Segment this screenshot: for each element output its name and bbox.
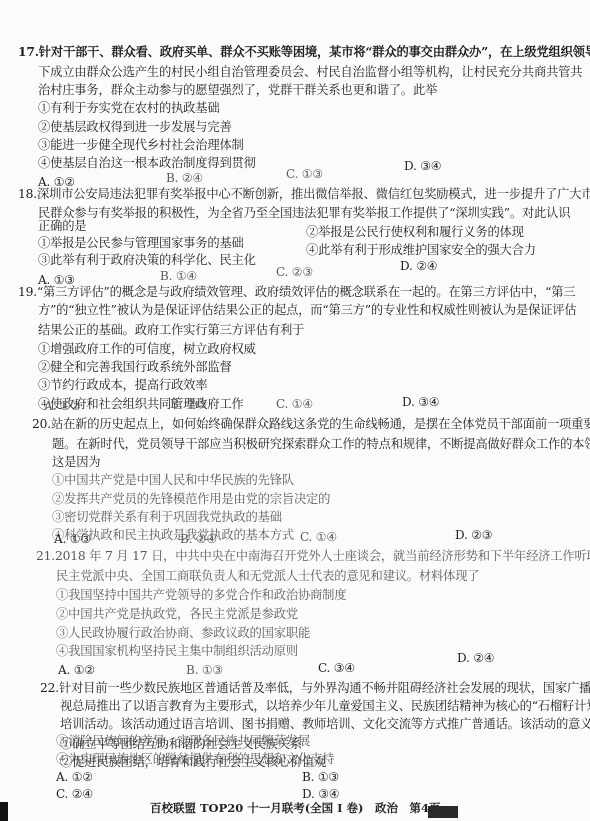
q20-item-3: ③密切党群关系有利于巩固我党执政的基础 (52, 509, 282, 525)
q20-stem-line-1: 20.站在新的历史起点上，如何始终确保群众路线这条党的生命线畅通，是摆在全体党员… (32, 416, 590, 432)
exam-page: 17.针对干部干、群众看、政府买单、群众不买账等困境，某市将“群众的事交由群众办… (0, 0, 590, 821)
q18-stem-line-2: 民群众参与有奖举报的积极性，为全省乃至全国违法犯罪有奖举报工作提供了“深圳实践”… (38, 205, 570, 221)
q18-choice-b[interactable]: B. ①④ (160, 268, 197, 284)
q19-choice-d[interactable]: D. ③④ (402, 394, 439, 410)
q19-item-3: ③节约行政成本，提高行政效率 (38, 377, 207, 393)
q21-choice-b[interactable]: B. ①③ (186, 662, 223, 678)
q17-choice-d[interactable]: D. ③④ (404, 158, 441, 174)
q18-number: 18. (18, 187, 37, 201)
q17-item-1: ①有利于夯实党在农村的执政基础 (38, 100, 219, 116)
q21-item-1: ①我国坚持中国共产党领导的多党合作和政治协商制度 (56, 587, 346, 603)
q19-item-1: ①增强政府工作的可信度，树立政府权威 (38, 341, 256, 357)
q20-stem-line-3: 这是因为 (52, 454, 100, 470)
q19-choice-b[interactable]: B. ②③ (170, 396, 207, 412)
q20-choice-d[interactable]: D. ②③ (455, 527, 492, 543)
q22-choice-b[interactable]: B. ①③ (302, 769, 339, 785)
q22-stem-line-3: 培训活动。该活动通过语言培训、图书捐赠、教师培训、文化交流等方式推广普通话。该活… (60, 716, 590, 732)
q18-choice-c[interactable]: C. ②③ (276, 264, 313, 280)
q21-number: 21. (36, 549, 55, 563)
q17-number: 17. (18, 44, 39, 59)
q21-item-4: ④我国国家机构坚持民主集中制组织活动原则 (56, 643, 298, 659)
q20-item-2: ②发挥共产党员的先锋模范作用是由党的宗旨决定的 (52, 491, 330, 507)
q19-stem-line-3: 结果公正的基础。政府工作实行第三方评估有利于 (38, 322, 304, 338)
q21-item-2: ②中国共产党是执政党，各民主党派是参政党 (56, 606, 298, 622)
q19-stem-line-2: 方”的“独立性”被认为是保证评估结果公正的起点，而“第三方”的专业性和权威性则被… (38, 302, 577, 318)
q22-number: 22. (40, 681, 59, 695)
q17-stem-line-1: 17.针对干部干、群众看、政府买单、群众不买账等困境，某市将“群众的事交由群众办… (18, 44, 590, 60)
q20-choice-b[interactable]: B. ②④ (180, 531, 217, 547)
q18-stem-line-1: 18.深圳市公安局违法犯罪有奖举报中心不断创新，推出微信举报、微信红包奖励模式，… (18, 186, 590, 202)
footer-text: 百校联盟 TOP20 十一月联考(全国 I 卷) 政治 第4页 (150, 800, 441, 816)
q17-item-2: ②使基层政权得到进一步发展与完善 (38, 119, 232, 135)
q21-choice-d[interactable]: D. ②④ (457, 650, 494, 666)
q21-choice-c[interactable]: C. ③④ (318, 660, 355, 676)
q20-stem-line-2: 题。在新时代，党员领导干部应当积极研究探索群众工作的特点和规律，不断提高做好群众… (52, 436, 590, 452)
page-footer: 百校联盟 TOP20 十一月联考(全国 I 卷) 政治 第4页 (0, 796, 590, 821)
q17-stem-line-3: 治村庄事务，群众主动参与的愿望强烈了，党群干群关系也更和谐了。此举 (38, 82, 437, 98)
q21-stem-line-1: 21.2018 年 7 月 17 日，中共中央在中南海召开党外人士座谈会，就当前… (36, 548, 590, 564)
q20-number: 20. (32, 417, 51, 431)
q19-choice-a[interactable]: A. ①② (44, 398, 81, 414)
q20-choice-a[interactable]: A. ①③ (54, 531, 91, 547)
q20-item-1: ①中国共产党是中国人民和中华民族的先锋队 (52, 472, 294, 488)
q20-choice-c[interactable]: C. ①④ (300, 529, 337, 545)
q21-stem-line-2: 民主党派中央、全国工商联负责人和无党派人士代表的意见和建议。材料体现了 (56, 568, 479, 584)
q18-item-2: ②举报是公民行使权利和履行义务的体现 (306, 224, 524, 240)
q18-stem-line-3: 正确的是 (38, 218, 86, 234)
q21-choice-a[interactable]: A. ①② (58, 662, 95, 678)
q18-item-3: ③此举有利于政府决策的科学化、民主化 (38, 252, 256, 268)
scan-artifact (0, 802, 8, 821)
q22-stem-line-2: 视总局推出了以语言教育为主要形式，以培养少年儿童爱国主义、民族团结精神为核心的“… (60, 698, 590, 714)
q18-choice-d[interactable]: D. ②④ (400, 258, 437, 274)
q17-stem-line-2: 下成立由群众公选产生的村民小组自治管理委员会、村民自治监督小组等机构，让村民充分… (38, 64, 582, 80)
q17-item-4: ④使基层自治这一根本政治制度得到贯彻 (38, 155, 256, 171)
q22-choice-a[interactable]: A. ①② (56, 769, 93, 785)
q22-item-3: ③消除民族间的差异，实现各民族共同繁荣发展 (56, 733, 310, 749)
q19-item-2: ②健全和完善我国行政系统外部监督 (38, 359, 232, 375)
q22-item-4: ④为实现民族地区的脱贫提供有利的思想和文化支持 (56, 751, 334, 767)
scan-artifact (428, 806, 458, 818)
q21-item-3: ③人民政协履行政治协商、参政议政的国家职能 (56, 625, 310, 641)
q19-choice-c[interactable]: C. ①④ (276, 396, 313, 412)
q19-stem-line-1: 19.“第三方评估”的概念是与政府绩效管理、政府绩效评估的概念联系在一起的。在第… (18, 284, 575, 300)
q19-number: 19. (18, 285, 37, 299)
q17-choice-c[interactable]: C. ①③ (286, 166, 323, 182)
q17-item-3: ③能进一步健全现代乡村社会治理体制 (38, 137, 244, 153)
q17-choice-b[interactable]: B. ②④ (166, 170, 203, 186)
q22-stem-line-1: 22.针对目前一些少数民族地区普通话普及率低，与外界沟通不畅并阻碍经济社会发展的… (40, 680, 590, 696)
q18-item-1: ①举报是公民参与管理国家事务的基础 (38, 235, 244, 251)
q18-item-4: ④此举有利于形成维护国家安全的强大合力 (306, 242, 536, 258)
